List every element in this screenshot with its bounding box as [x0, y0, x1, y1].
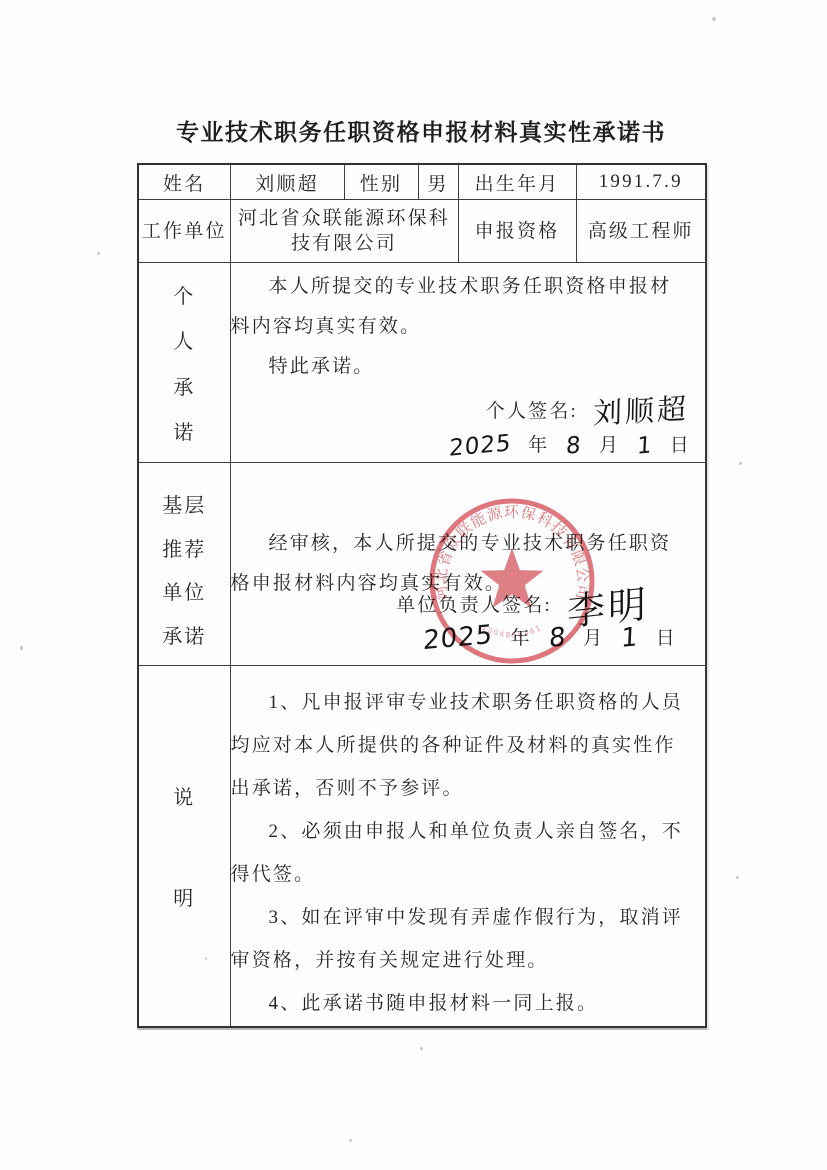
- personal-commitment-label-stack: 个 人 承 诺: [139, 264, 230, 462]
- gender-value: 男: [418, 164, 458, 200]
- unit-date-day: 1: [621, 622, 640, 654]
- scan-speck: [349, 1139, 352, 1142]
- qualification-value: 高级工程师: [576, 200, 706, 263]
- name-label: 姓名: [138, 164, 230, 200]
- personal-commitment-text: 本人所提交的专业技术职务任职资格申报材料内容均真实有效。: [231, 267, 687, 347]
- day-unit: 日: [670, 435, 691, 456]
- notes-label-stack: 说 明: [139, 681, 230, 1011]
- month-unit: 月: [599, 435, 620, 456]
- label-line: 单位: [162, 576, 206, 605]
- label-char: 说: [173, 781, 195, 810]
- row-unit-commitment: 基层 推荐 单位 承诺 经审核，本人所提交的专业技术职务任职资格申报材料内容均真…: [138, 463, 706, 665]
- label-char: 个: [173, 280, 195, 309]
- unit-date-line: 2025 年 8 月 1 日: [419, 623, 691, 653]
- scan-speck: [20, 646, 23, 650]
- label-line: 推荐: [162, 533, 206, 562]
- label-char: 人: [173, 325, 195, 354]
- row-notes: 说 明 1、凡申报评审专业技术职务任职资格的人员均应对本人所提供的各种证件及材料…: [138, 665, 706, 1027]
- personal-date-month: 8: [566, 432, 583, 460]
- notes-content: 1、凡申报评审专业技术职务任职资格的人员均应对本人所提供的各种证件及材料的真实性…: [230, 665, 706, 1027]
- month-unit: 月: [583, 628, 604, 649]
- day-unit: 日: [656, 628, 677, 649]
- personal-date-year: 2025: [448, 430, 512, 462]
- row-employer: 工作单位 河北省众联能源环保科技有限公司 申报资格 高级工程师: [138, 200, 706, 263]
- unit-commitment-content: 经审核，本人所提交的专业技术职务任职资格申报材料内容均真实有效。 单位负责人签名…: [230, 463, 706, 665]
- scan-speck: [712, 17, 716, 21]
- page-title: 专业技术职务任职资格申报材料真实性承诺书: [137, 114, 705, 147]
- birth-label: 出生年月: [458, 164, 576, 200]
- unit-commitment-label-stack: 基层 推荐 单位 承诺: [139, 464, 230, 664]
- scan-speck: [205, 957, 207, 960]
- label-line: 基层: [162, 489, 206, 518]
- scan-speck: [739, 462, 742, 465]
- scan-speck: [736, 876, 739, 879]
- personal-date-day: 1: [637, 432, 654, 460]
- note-item: 2、必须由申报人和单位负责人亲自签名，不得代签。: [231, 810, 687, 896]
- gender-label: 性别: [344, 164, 418, 200]
- row-basic-info: 姓名 刘顺超 性别 男 出生年月 1991.7.9: [138, 164, 706, 200]
- unit-commitment-label: 基层 推荐 单位 承诺: [138, 463, 230, 665]
- unit-date-month: 8: [548, 622, 567, 654]
- personal-signature-label: 个人签名:: [486, 401, 578, 422]
- name-value: 刘顺超: [230, 164, 344, 200]
- label-char: 诺: [173, 416, 195, 445]
- personal-commitment-label: 个 人 承 诺: [138, 263, 230, 463]
- personal-date-line: 2025 年 8 月 1 日: [231, 430, 706, 459]
- personal-commitment-closing: 特此承诺。: [231, 347, 687, 387]
- year-unit: 年: [510, 628, 531, 649]
- notes-label: 说 明: [138, 665, 230, 1027]
- note-item: 4、此承诺书随申报材料一同上报。: [231, 982, 687, 1025]
- scan-speck: [420, 1047, 423, 1050]
- row-personal-commitment: 个 人 承 诺 本人所提交的专业技术职务任职资格申报材料内容均真实有效。 特此承…: [138, 263, 706, 463]
- scan-speck: [97, 252, 100, 255]
- note-item: 3、如在评审中发现有弄虚作假行为，取消评审资格，并按有关规定进行处理。: [231, 896, 687, 982]
- year-unit: 年: [528, 435, 549, 456]
- unit-signature-label: 单位负责人签名:: [396, 595, 552, 616]
- label-line: 承诺: [162, 620, 206, 649]
- personal-commitment-content: 本人所提交的专业技术职务任职资格申报材料内容均真实有效。 特此承诺。 个人签名:…: [230, 263, 706, 463]
- employer-value: 河北省众联能源环保科技有限公司: [230, 200, 458, 263]
- unit-date-year: 2025: [423, 620, 494, 656]
- personal-signature-handwriting: 刘顺超: [593, 386, 690, 432]
- employer-label: 工作单位: [138, 200, 230, 263]
- qualification-label: 申报资格: [458, 200, 576, 263]
- note-item: 1、凡申报评审专业技术职务任职资格的人员均应对本人所提供的各种证件及材料的真实性…: [231, 681, 687, 810]
- scanned-document-page: 专业技术职务任职资格申报材料真实性承诺书 姓名 刘顺超 性别 男 出生年月 19…: [0, 0, 827, 1170]
- personal-signature-line: 个人签名: 刘顺超: [231, 389, 706, 430]
- label-char: 承: [173, 371, 195, 400]
- label-char: 明: [173, 882, 195, 911]
- commitment-form-table: 姓名 刘顺超 性别 男 出生年月 1991.7.9 工作单位 河北省众联能源环保…: [137, 163, 707, 1028]
- birth-value: 1991.7.9: [576, 164, 706, 200]
